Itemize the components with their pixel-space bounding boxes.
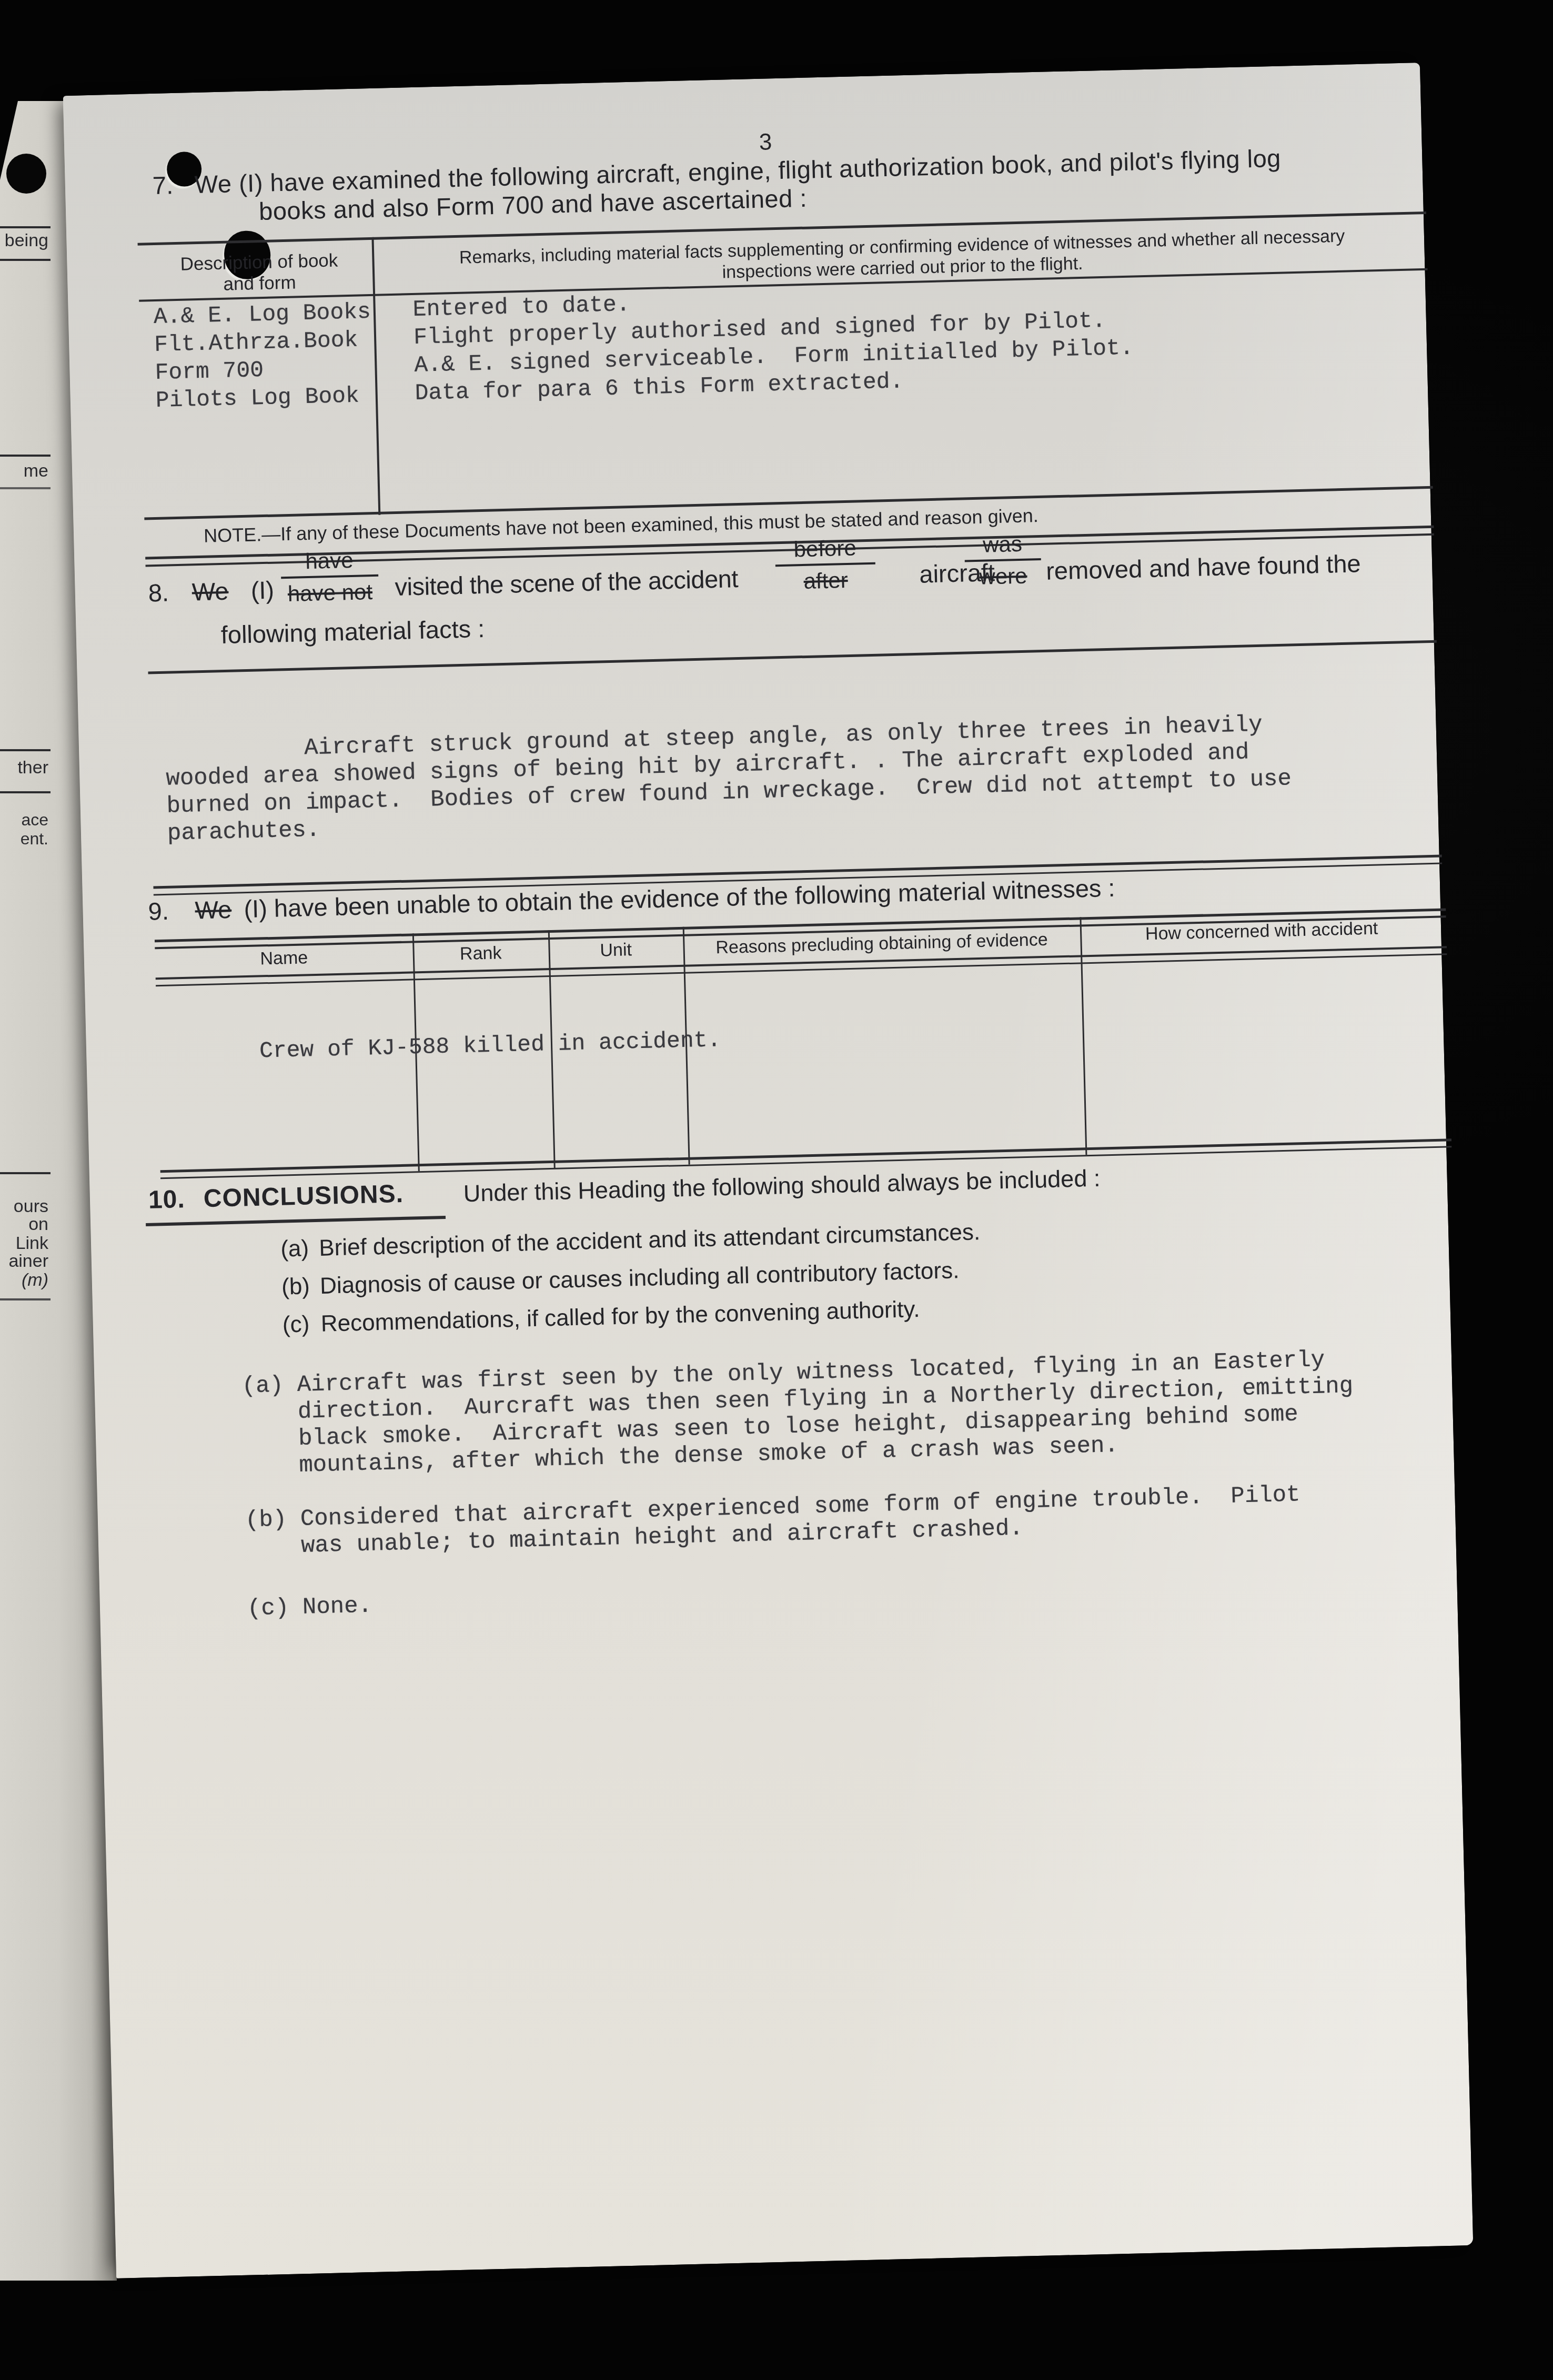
table7-remarks-column: Entered to date. Flight properly authori… xyxy=(412,278,1134,407)
edge-fragment: ther xyxy=(17,758,48,778)
witness-table-bottom-rule xyxy=(160,1138,1451,1173)
item9-we-struck: We xyxy=(195,895,232,925)
item8-we-struck: We xyxy=(191,577,229,607)
ruled-line xyxy=(0,749,51,751)
typed-a-label: (a) xyxy=(241,1373,284,1400)
have-not-option-struck: have not xyxy=(281,577,379,607)
ruled-line xyxy=(0,1172,51,1174)
ruled-line xyxy=(0,259,51,261)
page-number: 3 xyxy=(759,129,772,156)
edge-fragment: me xyxy=(24,461,48,481)
item9-number: 9. xyxy=(148,896,169,926)
edge-fragment: (m) xyxy=(22,1270,48,1290)
edge-fragment: ace xyxy=(21,810,48,830)
ruled-line xyxy=(0,1298,51,1300)
item8-pronoun: (I) xyxy=(250,576,275,605)
table-column-divider xyxy=(371,237,380,515)
typed-b-label: (b) xyxy=(245,1507,287,1534)
printed-item-a-text: Brief description of the accident and it… xyxy=(319,1219,981,1262)
scanned-accident-report-page: being me ther ace ent. ours on Link aine… xyxy=(0,0,1553,2380)
table7-header-left: Description of book and form xyxy=(146,249,373,297)
edge-fragment: being xyxy=(5,230,48,251)
before-option: before xyxy=(775,535,875,567)
ruled-line xyxy=(0,791,51,793)
before-after-choice: before after xyxy=(775,535,876,595)
witness-header-concern: How concerned with accident xyxy=(1080,917,1444,946)
witness-table-divider xyxy=(1080,917,1087,1155)
ruled-line xyxy=(0,226,51,228)
witness-header-unit: Unit xyxy=(548,939,683,962)
edge-fragment: on xyxy=(28,1214,48,1235)
have-option: have xyxy=(280,547,378,579)
item8-tail-text: removed and have found the xyxy=(1046,549,1362,586)
report-page: 3 7. We (I) have examined the following … xyxy=(63,63,1474,2278)
printed-item-c-text: Recommendations, if called for by the co… xyxy=(320,1296,920,1337)
conclusions-underline xyxy=(146,1216,446,1226)
ruled-line xyxy=(0,487,51,489)
were-option-struck: were xyxy=(965,560,1042,590)
material-facts-paragraph: Aircraft struck ground at steep angle, a… xyxy=(165,711,1293,848)
conclusions-heading: CONCLUSIONS. xyxy=(203,1179,404,1213)
witness-header-rank: Rank xyxy=(412,942,549,965)
item7-number: 7. xyxy=(152,170,174,200)
item8-line2: following material facts : xyxy=(220,614,485,649)
printed-item-b-label: (b) xyxy=(281,1273,310,1300)
printed-item-a-label: (a) xyxy=(280,1235,309,1262)
printed-item-c-label: (c) xyxy=(282,1311,310,1338)
item10-number: 10. xyxy=(148,1185,185,1215)
typed-c-label: (c) xyxy=(247,1595,289,1622)
conclusions-intro: Under this Heading the following should … xyxy=(463,1165,1101,1208)
typed-a-paragraph: Aircraft was first seen by the only witn… xyxy=(297,1346,1355,1479)
witness-header-name: Name xyxy=(155,945,413,972)
item8-mid-text: visited the scene of the accident xyxy=(395,564,739,601)
table7-books-column: A.& E. Log Books Flt.Athrza.Book Form 70… xyxy=(153,298,373,415)
was-option: was xyxy=(964,531,1041,562)
typed-b-paragraph: Considered that aircraft experienced som… xyxy=(300,1481,1301,1559)
ruled-line xyxy=(0,455,51,457)
item8-number: 8. xyxy=(148,578,169,608)
printed-item-b-text: Diagnosis of cause or causes including a… xyxy=(320,1257,960,1299)
edge-fragment: ainer xyxy=(8,1251,48,1272)
after-option-struck: after xyxy=(775,564,876,595)
punch-hole-icon xyxy=(6,154,46,194)
was-were-choice: was were xyxy=(964,531,1042,590)
typed-c-text: None. xyxy=(302,1593,372,1621)
edge-fragment: ent. xyxy=(21,829,48,849)
have-have-not-choice: have have not xyxy=(280,547,379,607)
witness-row-entry: Crew of KJ-588 killed in accident. xyxy=(259,1027,721,1064)
